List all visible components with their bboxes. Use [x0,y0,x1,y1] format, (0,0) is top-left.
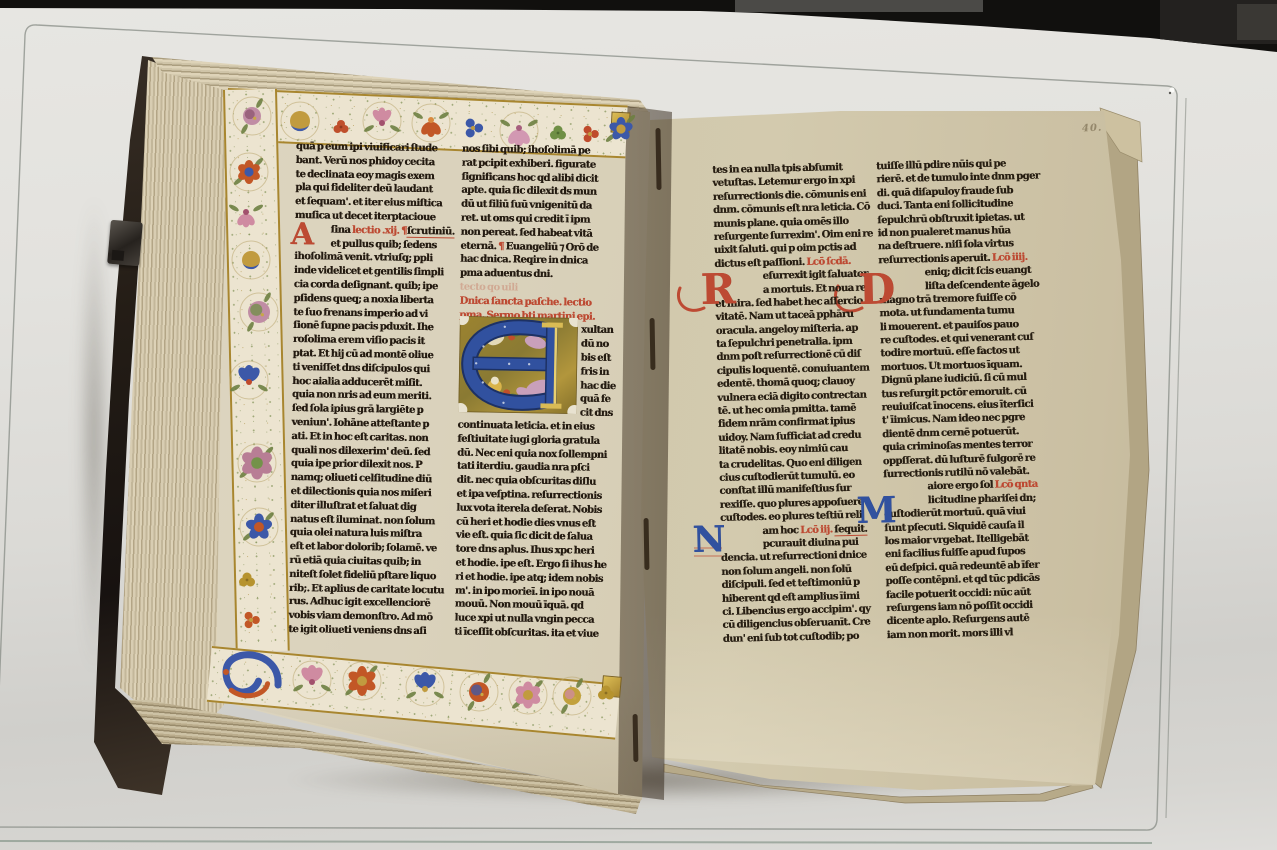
manuscript-photo: quā p eum ipi viuificari ſtudebant. Verū… [0,0,1277,850]
folio-number: 40. [1082,122,1103,134]
penwork-initial-m: M [856,489,897,532]
penwork-initial-r: R [700,264,736,314]
illuminated-initial-e [458,316,578,414]
penwork-initial-n: N [692,518,726,561]
penwork-initial-d: D [858,264,896,314]
right-text-column-1: tes in ea nulla tpis abſumitvetuſtas. Le… [712,160,879,645]
left-text-column-1: quā p eum ipi viuificari ſtudebant. Verū… [288,140,452,639]
right-text-column-2: tuiſſe illū pdire nūis qui perierē. et d… [876,157,1047,643]
penwork-initial-a: A [290,217,314,252]
